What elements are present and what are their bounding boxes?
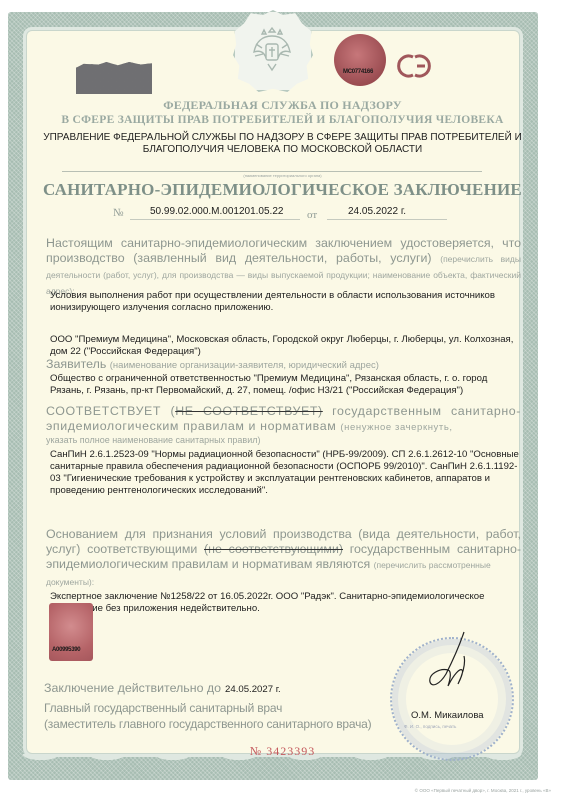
activity-description: Условия выполнения работ при осуществлен… (50, 290, 520, 314)
hologram-seal: МС0774166 (334, 34, 386, 86)
department-caption: (наименование территориального органа) (0, 173, 565, 178)
basis-struck: (не соответствующими) (204, 542, 343, 556)
date-underline (327, 219, 447, 220)
signatory-title: Главный государственный санитарный врач … (44, 700, 371, 732)
complies-text: СООТВЕТСТВУЕТ ( (46, 404, 175, 418)
printer-note: © ООО «Первый печатный двор», г. Москва,… (415, 788, 551, 793)
compliance-paragraph: СООТВЕТСТВУЕТ (НЕ СООТВЕТСТВУЕТ) государ… (46, 404, 521, 435)
applicant-label-row: Заявитель (наименование организации-заяв… (46, 357, 379, 373)
date-label: от (307, 209, 317, 221)
hologram-sticker: А00995390 (49, 603, 93, 661)
object-address: ООО "Премиум Медицина", Московская облас… (50, 334, 522, 358)
basis-note: (перечислить рассмотренные (374, 560, 491, 570)
validity-date: 24.05.2027 г. (225, 684, 281, 695)
signatory-caption: Ф. И. О., подпись, печать (404, 724, 456, 729)
sanitary-rules: СанПиН 2.6.1.2523-09 "Нормы радиационной… (50, 449, 522, 497)
number-underline (130, 219, 300, 220)
basis-paragraph: Основанием для признания условий произво… (46, 527, 521, 573)
document-title: САНИТАРНО-ЭПИДЕМИОЛОГИЧЕСКОЕ ЗАКЛЮЧЕНИЕ (0, 180, 565, 200)
form-serial-number: № 3423393 (0, 744, 565, 759)
validity-row: Заключение действительно до24.05.2027 г. (44, 681, 281, 697)
agency-name-line2: В СФЕРЕ ЗАЩИТЫ ПРАВ ПОТРЕБИТЕЛЕЙ И БЛАГО… (0, 114, 565, 126)
department-name: УПРАВЛЕНИЕ ФЕДЕРАЛЬНОЙ СЛУЖБЫ ПО НАДЗОРУ… (40, 132, 525, 156)
applicant-note: (наименование организации-заявителя, юри… (110, 360, 379, 371)
expert-documents: Экспертное заключение №1258/22 от 16.05.… (50, 591, 522, 615)
signature (420, 630, 480, 696)
number-row: № 50.99.02.000.М.001201.05.22 от 24.05.2… (0, 205, 565, 223)
coat-of-arms-icon (250, 22, 294, 74)
conclusion-number: 50.99.02.000.М.001201.05.22 (150, 206, 283, 217)
signatory-name: О.М. Микаилова (411, 710, 484, 721)
applicant-label: Заявитель (46, 357, 106, 371)
not-complies-struck: НЕ СООТВЕТСТВУЕТ) (175, 404, 323, 418)
compliance-note-inline: (ненужное зачеркнуть, (340, 422, 452, 433)
conclusion-date: 24.05.2022 г. (348, 206, 406, 217)
validity-label: Заключение действительно до (44, 681, 221, 695)
divider (62, 171, 482, 172)
number-label: № (113, 207, 124, 219)
applicant-value: Общество с ограниченной ответственностью… (50, 373, 522, 397)
basis-note2: документы): (46, 577, 94, 587)
guilloche-pattern (76, 62, 152, 94)
se-logo-icon (393, 52, 439, 80)
compliance-note: указать полное наименование санитарных п… (46, 435, 260, 445)
signatory-title-line2: (заместитель главного государственного с… (44, 716, 371, 732)
agency-name-line1: ФЕДЕРАЛЬНАЯ СЛУЖБА ПО НАДЗОРУ (0, 98, 565, 113)
signatory-title-line1: Главный государственный санитарный врач (44, 700, 371, 716)
hologram-number: МС0774166 (343, 69, 373, 75)
hologram-sticker-number: А00995390 (52, 647, 80, 653)
